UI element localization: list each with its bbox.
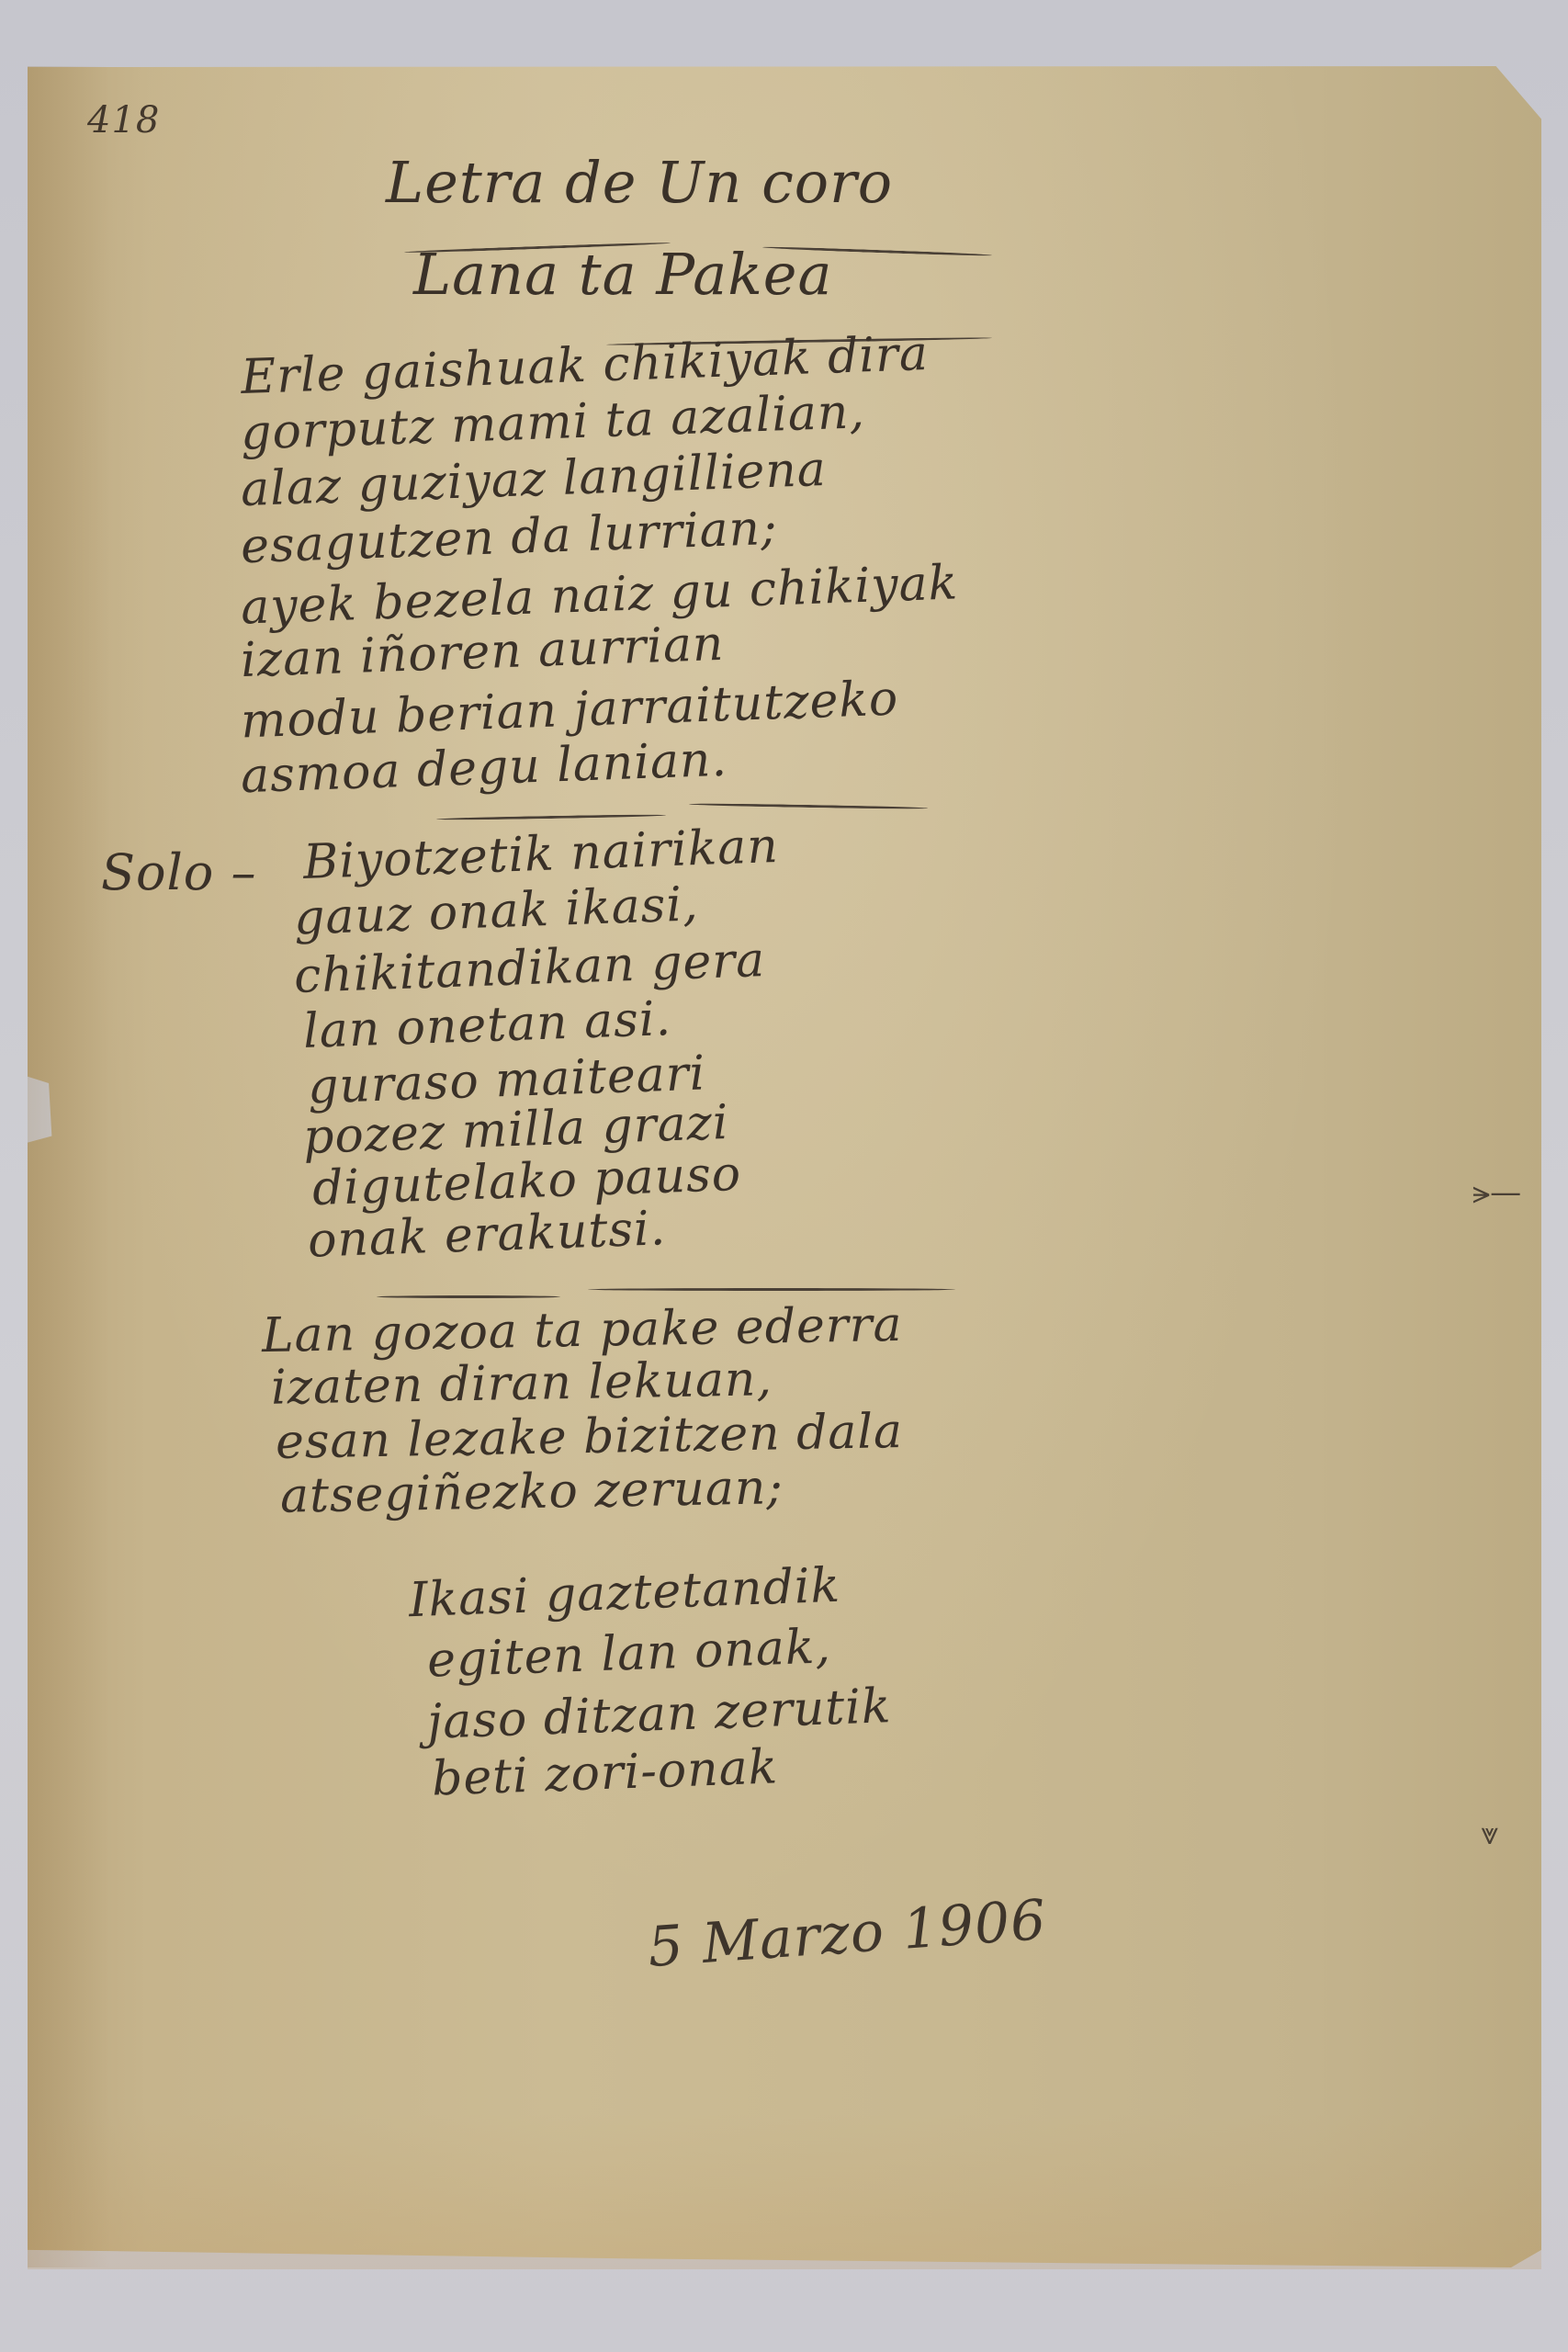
verse-line: atsegiñezko zeruan; (280, 1460, 784, 1524)
page-subtitle: Lana ta Pakea (413, 241, 832, 308)
verse-line: esan lezake bizitzen dala (276, 1404, 904, 1470)
page-title: Letra de Un coro (386, 149, 893, 216)
page-number: 418 (87, 99, 160, 141)
verse-line: izaten diran lekuan, (271, 1351, 773, 1416)
margin-mark-icon: ⪫— (1472, 1174, 1521, 1211)
verse-line: Lan gozoa ta pake ederra (262, 1297, 903, 1363)
section-divider (377, 1295, 560, 1298)
margin-mark-icon: ⩔ (1481, 1815, 1498, 1852)
section-divider (588, 1288, 955, 1291)
solo-label: Solo – (101, 843, 256, 901)
